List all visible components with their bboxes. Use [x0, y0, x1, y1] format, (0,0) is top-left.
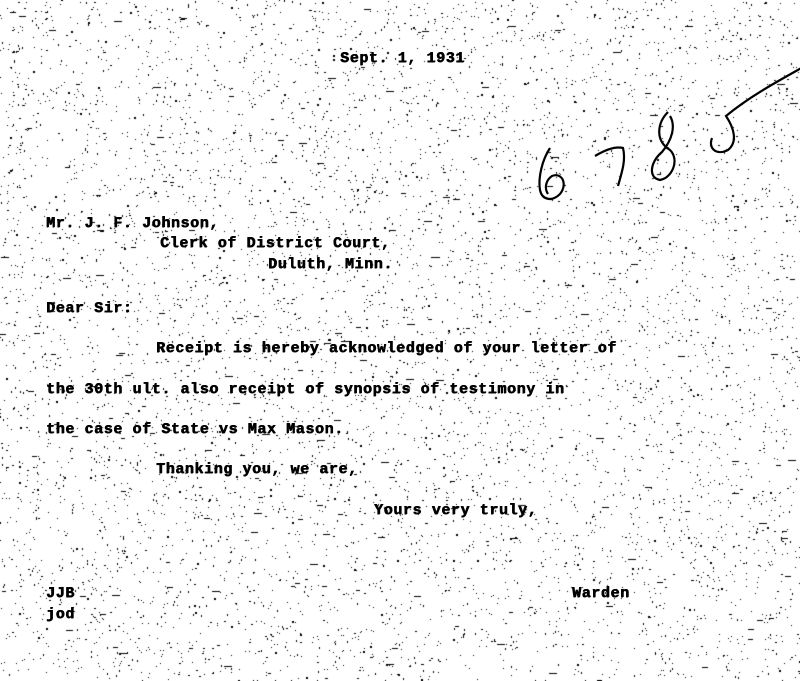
- closing-line: Thanking you, we are,: [156, 461, 358, 478]
- initials-typist: jod: [46, 606, 75, 623]
- initials-signer: JJB: [46, 585, 75, 602]
- body-line: Receipt is hereby acknowledged of your l…: [156, 340, 617, 357]
- body-line: the 30th ult. also receipt of synopsis o…: [46, 381, 564, 398]
- recipient-name: Mr. J. F. Johnson,: [46, 215, 219, 232]
- handwritten-file-number: 6785: [520, 60, 800, 220]
- salutation: Dear Sir:: [46, 300, 132, 317]
- complimentary-close: Yours very truly,: [374, 502, 537, 519]
- recipient-title: Clerk of District Court,: [160, 235, 390, 252]
- letter-date: Sept. 1, 1931: [340, 50, 465, 67]
- body-line: the case of State vs Max Mason.: [46, 421, 344, 438]
- recipient-location: Duluth, Minn.: [268, 256, 393, 273]
- signature-title: Warden: [572, 585, 630, 602]
